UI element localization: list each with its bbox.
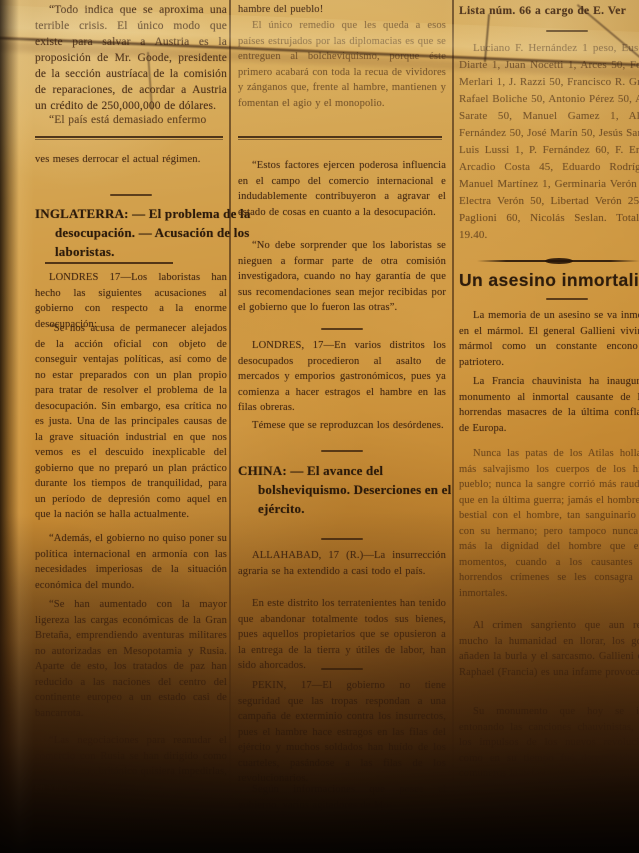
article-paragraph: “Las negociaciones para reanudar el come… (35, 733, 227, 797)
headline-underline (45, 262, 173, 264)
section-divider (321, 668, 363, 670)
article-paragraph: Témese que se reproduzcan los desórdenes… (238, 418, 446, 436)
list-title: Lista núm. 66 a cargo de E. Ver (459, 4, 639, 20)
section-divider (321, 450, 363, 452)
section-divider (321, 538, 363, 540)
article-headline: Un asesino inmortaliza (459, 270, 639, 291)
decorative-rule (477, 258, 639, 264)
article-paragraph: Al crimen sangriento que aun recordará m… (459, 618, 639, 682)
article-paragraph: PEKIN, 17—El gobierno no tiene seguridad… (238, 678, 446, 787)
newspaper-photo: { "page": { "kind": "aged newspaper page… (0, 0, 639, 853)
article-paragraph: “El país está demasiado enfermo (35, 112, 227, 130)
donor-list: Luciano F. Hernández 1 peso, Eusebio G. … (459, 40, 639, 246)
section-divider (321, 328, 363, 330)
article-paragraph: hambre del pueblo! (238, 2, 446, 20)
article-paragraph: “No debe sorprender que los laboristas s… (238, 238, 446, 318)
article-paragraph: ves meses derrocar el actual régimen. (35, 152, 227, 170)
article-paragraph: ves meses derrocar el actual régimen. (35, 152, 227, 168)
section-divider (546, 30, 588, 32)
article-headline: CHINA: — El avance del bolsheviquismo. D… (238, 461, 460, 518)
article-paragraph: Nunca las patas de los Atilas hollado co… (459, 446, 639, 603)
article-paragraph: La Francia chauvinista ha inaugurado un … (459, 374, 639, 438)
article-paragraph: “Todo indica que se aproxima una terribl… (35, 2, 227, 114)
article-paragraph: Nunca las patas de los Atilas hollado co… (459, 446, 639, 601)
article-paragraph: El único remedio que les queda a esos pa… (238, 18, 446, 113)
section-divider (35, 136, 223, 140)
article-paragraph: PEKIN, 17—El gobierno no tiene seguridad… (238, 678, 446, 789)
article-paragraph: hambre del pueblo! (238, 2, 446, 18)
article-paragraph: La memoria de un asesino se va inmortali… (459, 308, 639, 372)
newspaper-column-right: Lista núm. 66 a cargo de E. VerLuciano F… (459, 0, 639, 853)
article-paragraph: ALLAHABAD, 17 (R.)—La insurrección agrar… (238, 548, 446, 579)
article-paragraph: Su monumento que hoy se inaugura entonan… (459, 704, 639, 784)
article-paragraph: Según informaciones que posee el gobiern… (238, 782, 446, 815)
article-paragraph: “Estos factores ejercen poderosa influen… (238, 158, 446, 220)
list-title: Lista núm. 66 a cargo de E. Ver (459, 4, 639, 22)
article-paragraph: “Las negociaciones para reanudar el come… (35, 733, 227, 795)
article-paragraph: “Todo indica que se aproxima una terribl… (35, 2, 227, 116)
article-paragraph: El único remedio que les queda a esos pa… (238, 18, 446, 111)
article-paragraph: “Se nos acusa de permanecer alejados de … (35, 321, 227, 523)
newspaper-column-left: “Todo indica que se aproxima una terribl… (35, 0, 227, 853)
article-paragraph: “Se nos acusa de permanecer alejados de … (35, 321, 227, 525)
article-paragraph: LONDRES, 17—En varios distritos los deso… (238, 338, 446, 418)
article-paragraph: La Francia chauvinista ha inaugurado un … (459, 374, 639, 436)
article-paragraph: “Se han aumentado con la mayor ligereza … (35, 597, 227, 721)
article-paragraph: Témese que se reproduzcan los desórdenes… (238, 418, 446, 434)
article-paragraph: La memoria de un asesino se va inmortali… (459, 308, 639, 370)
section-divider (110, 194, 152, 196)
section-divider (546, 298, 588, 300)
column-rule-left (229, 0, 231, 828)
article-paragraph: Su monumento que hoy se inaugura entonan… (459, 704, 639, 782)
article-paragraph: Según informaciones que posee el gobiern… (238, 782, 446, 813)
article-paragraph: “El país está demasiado enfermo (35, 112, 227, 128)
article-paragraph: ALLAHABAD, 17 (R.)—La insurrección agrar… (238, 548, 446, 581)
article-paragraph: En este distrito los terratenientes han … (238, 596, 446, 676)
article-paragraph: “Además, el gobierno no quiso poner su p… (35, 531, 227, 595)
article-paragraph: “Se han aumentado con la mayor ligereza … (35, 597, 227, 723)
article-paragraph: “Además, el gobierno no quiso poner su p… (35, 531, 227, 593)
article-paragraph: “No debe sorprender que los laboristas s… (238, 238, 446, 316)
article-paragraph: En este distrito los terratenientes han … (238, 596, 446, 674)
column-rule-right (452, 0, 454, 828)
article-paragraph: “Estos factores ejercen poderosa influen… (238, 158, 446, 222)
section-divider (238, 136, 442, 140)
article-paragraph: LONDRES, 17—En varios distritos los deso… (238, 338, 446, 416)
donor-list: Luciano F. Hernández 1 peso, Eusebio G. … (459, 40, 639, 244)
article-paragraph: Al crimen sangriento que aun recordará m… (459, 618, 639, 680)
newspaper-column-middle: hambre del pueblo!El único remedio que l… (238, 0, 446, 853)
article-headline: INGLATERRA: — El problema de la desocupa… (35, 204, 257, 261)
